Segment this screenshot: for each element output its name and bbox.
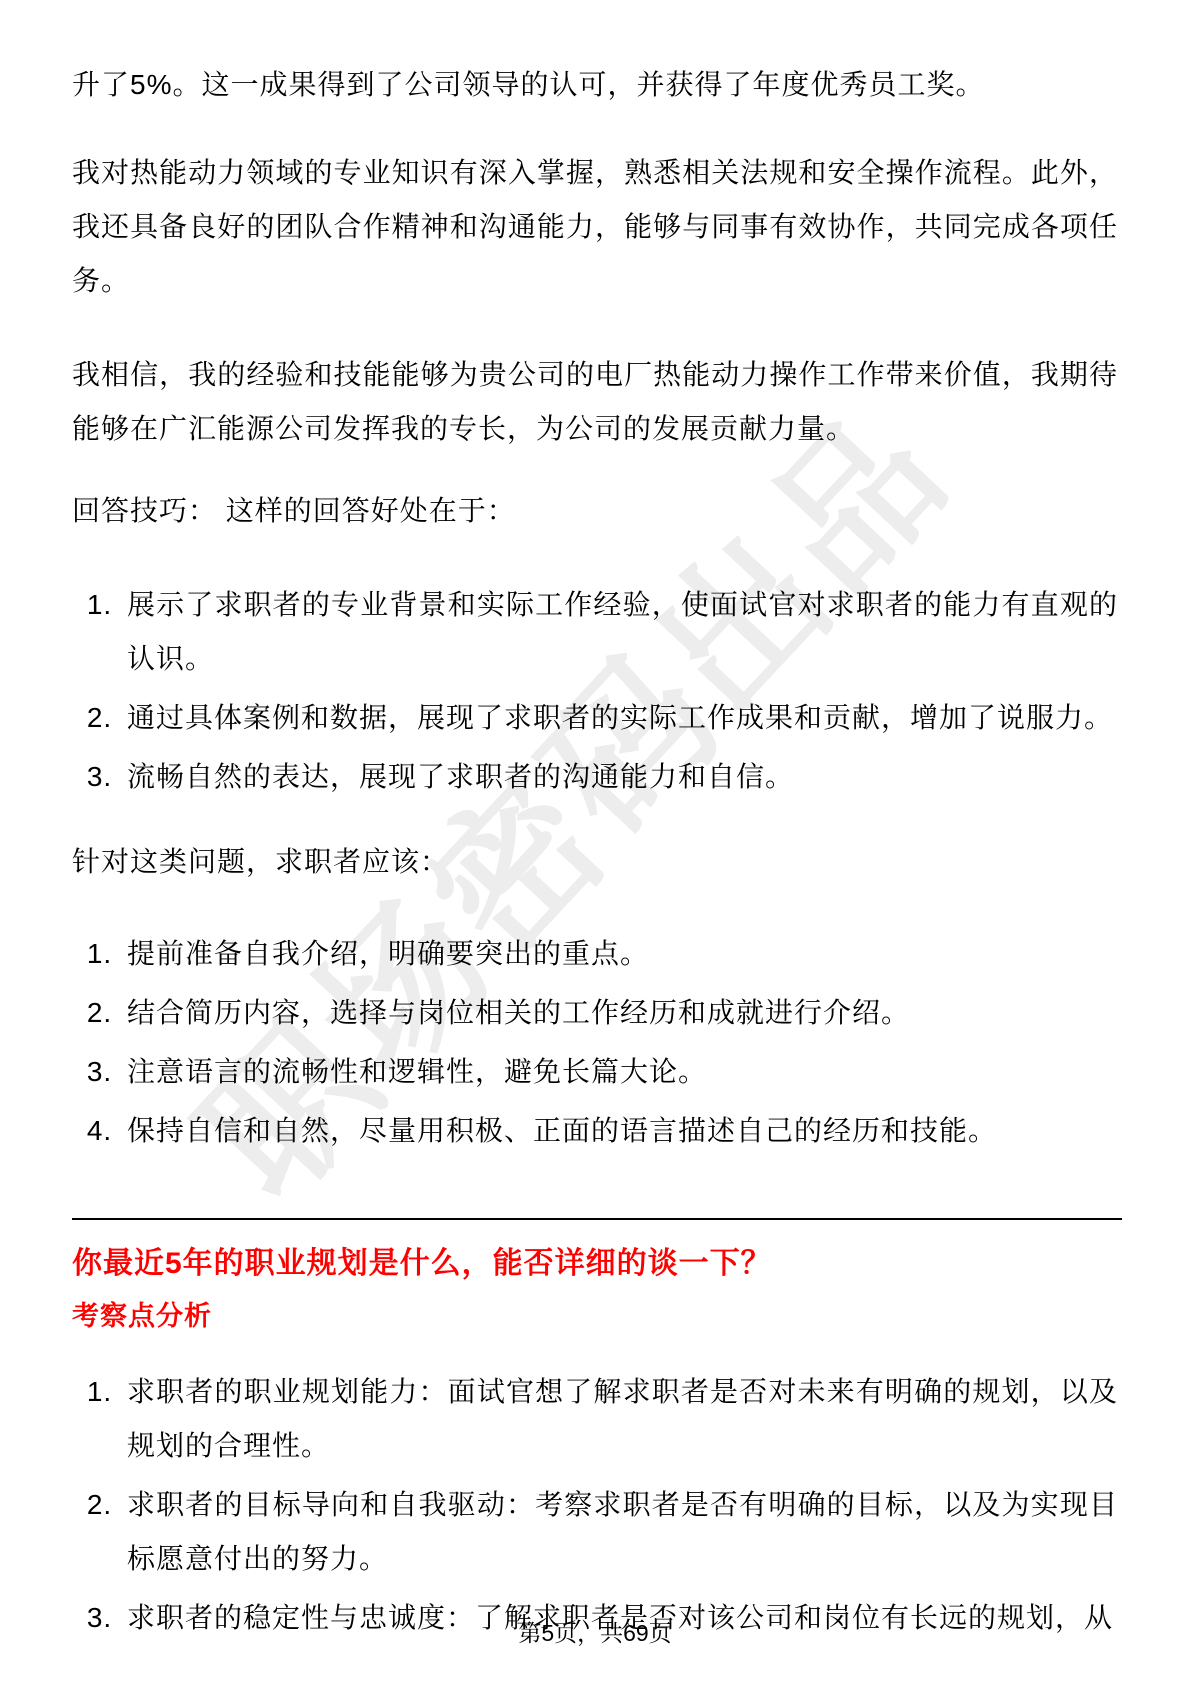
question-title: 你最近5年的职业规划是什么，能否详细的谈一下？ xyxy=(72,1244,1118,1284)
list-item: 提前准备自我介绍，明确要突出的重点。 xyxy=(121,927,1118,981)
page-content: 升了5%。这一成果得到了公司领导的认可，并获得了年度优秀员工奖。 我对热能动力领… xyxy=(0,0,1190,1645)
list-item: 通过具体案例和数据，展现了求职者的实际工作成果和贡献，增加了说服力。 xyxy=(121,691,1118,745)
page-footer: 第5页，共69页 xyxy=(0,1618,1190,1648)
paragraph-achievement: 升了5%。这一成果得到了公司领导的认可，并获得了年度优秀员工奖。 xyxy=(72,58,1118,112)
list-item: 流畅自然的表达，展现了求职者的沟通能力和自信。 xyxy=(121,750,1118,804)
list-item: 求职者的目标导向和自我驱动：考察求职者是否有明确的目标，以及为实现目标愿意付出的… xyxy=(121,1478,1118,1586)
paragraph-belief: 我相信，我的经验和技能能够为贵公司的电厂热能动力操作工作带来价值，我期待能够在广… xyxy=(72,348,1118,456)
analysis-points-list: 求职者的职业规划能力：面试官想了解求职者是否对未来有明确的规划，以及规划的合理性… xyxy=(72,1365,1118,1645)
advice-heading: 针对这类问题，求职者应该： xyxy=(72,835,1118,889)
list-item: 求职者的职业规划能力：面试官想了解求职者是否对未来有明确的规划，以及规划的合理性… xyxy=(121,1365,1118,1473)
section-divider xyxy=(72,1218,1122,1220)
list-item: 展示了求职者的专业背景和实际工作经验，使面试官对求职者的能力有直观的认识。 xyxy=(121,578,1118,686)
list-item: 保持自信和自然，尽量用积极、正面的语言描述自己的经历和技能。 xyxy=(121,1104,1118,1158)
answer-tips-heading: 回答技巧： 这样的回答好处在于： xyxy=(72,484,1118,538)
section-heading-analysis: 考察点分析 xyxy=(72,1298,1118,1334)
document-page: 职场密码出品 升了5%。这一成果得到了公司领导的认可，并获得了年度优秀员工奖。 … xyxy=(0,0,1190,1684)
list-item: 注意语言的流畅性和逻辑性，避免长篇大论。 xyxy=(121,1045,1118,1099)
list-item: 结合简历内容，选择与岗位相关的工作经历和成就进行介绍。 xyxy=(121,986,1118,1040)
advantages-list: 展示了求职者的专业背景和实际工作经验，使面试官对求职者的能力有直观的认识。 通过… xyxy=(72,578,1118,804)
advice-list: 提前准备自我介绍，明确要突出的重点。 结合简历内容，选择与岗位相关的工作经历和成… xyxy=(72,927,1118,1158)
paragraph-knowledge: 我对热能动力领域的专业知识有深入掌握，熟悉相关法规和安全操作流程。此外，我还具备… xyxy=(72,146,1118,308)
